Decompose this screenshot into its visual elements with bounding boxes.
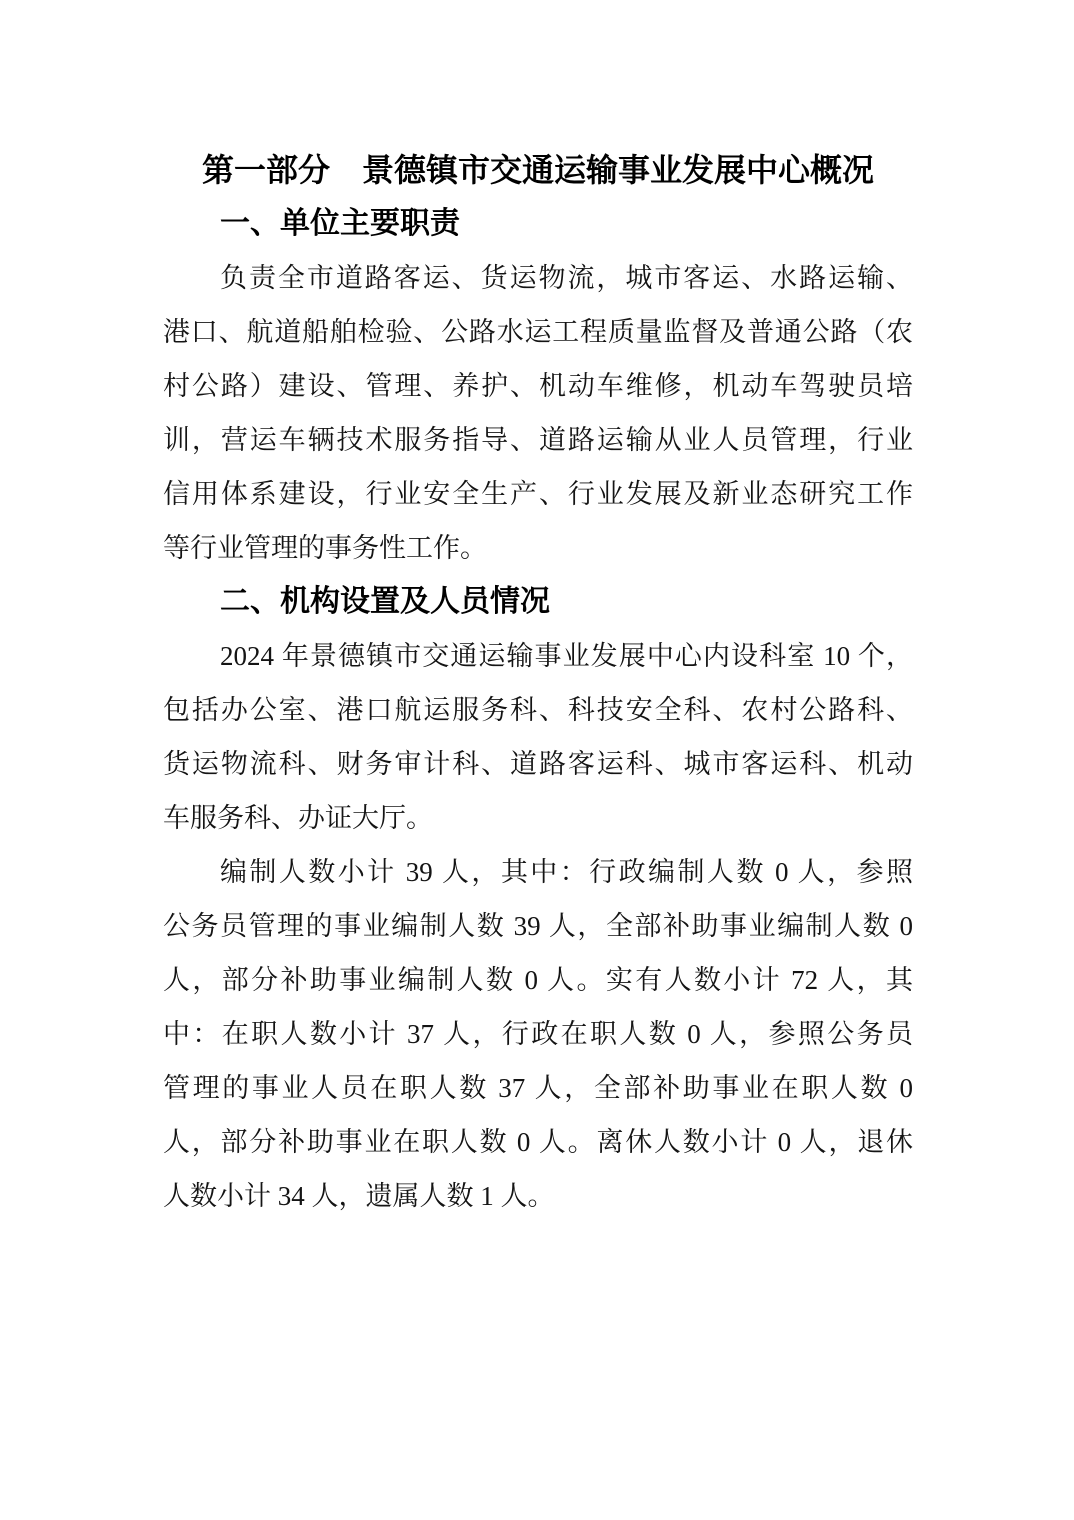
document-title: 第一部分 景德镇市交通运输事业发展中心概况 bbox=[163, 143, 913, 197]
paragraph-line: 人，部分补助事业编制人数 0 人。实有人数小计 72 人，其 bbox=[163, 953, 913, 1007]
paragraph-line: 2024 年景德镇市交通运输事业发展中心内设科室 10 个， bbox=[163, 629, 913, 683]
paragraph-line: 包括办公室、港口航运服务科、科技安全科、农村公路科、 bbox=[163, 683, 913, 737]
paragraph-line: 人，部分补助事业在职人数 0 人。离休人数小计 0 人，退休 bbox=[163, 1115, 913, 1169]
paragraph-line: 中：在职人数小计 37 人，行政在职人数 0 人，参照公务员 bbox=[163, 1007, 913, 1061]
section-1-paragraph-1: 负责全市道路客运、货运物流，城市客运、水路运输、 港口、航道船舶检验、公路水运工… bbox=[163, 251, 913, 575]
section-2-heading: 二、机构设置及人员情况 bbox=[163, 575, 913, 629]
section-2-paragraph-2: 编制人数小计 39 人，其中：行政编制人数 0 人，参照 公务员管理的事业编制人… bbox=[163, 845, 913, 1223]
paragraph-line: 负责全市道路客运、货运物流，城市客运、水路运输、 bbox=[163, 251, 913, 305]
paragraph-line: 货运物流科、财务审计科、道路客运科、城市客运科、机动 bbox=[163, 737, 913, 791]
paragraph-line: 等行业管理的事务性工作。 bbox=[163, 521, 913, 575]
section-2-paragraph-1: 2024 年景德镇市交通运输事业发展中心内设科室 10 个， 包括办公室、港口航… bbox=[163, 629, 913, 845]
paragraph-line: 公务员管理的事业编制人数 39 人，全部补助事业编制人数 0 bbox=[163, 899, 913, 953]
paragraph-line: 编制人数小计 39 人，其中：行政编制人数 0 人，参照 bbox=[163, 845, 913, 899]
paragraph-line: 训，营运车辆技术服务指导、道路运输从业人员管理，行业 bbox=[163, 413, 913, 467]
paragraph-line: 信用体系建设，行业安全生产、行业发展及新业态研究工作 bbox=[163, 467, 913, 521]
paragraph-line: 人数小计 34 人，遗属人数 1 人。 bbox=[163, 1169, 913, 1223]
paragraph-line: 港口、航道船舶检验、公路水运工程质量监督及普通公路（农 bbox=[163, 305, 913, 359]
section-1-heading: 一、单位主要职责 bbox=[163, 197, 913, 251]
document-page: 第一部分 景德镇市交通运输事业发展中心概况 一、单位主要职责 负责全市道路客运、… bbox=[0, 0, 1074, 1520]
paragraph-line: 管理的事业人员在职人数 37 人，全部补助事业在职人数 0 bbox=[163, 1061, 913, 1115]
paragraph-line: 车服务科、办证大厅。 bbox=[163, 791, 913, 845]
paragraph-line: 村公路）建设、管理、养护、机动车维修，机动车驾驶员培 bbox=[163, 359, 913, 413]
